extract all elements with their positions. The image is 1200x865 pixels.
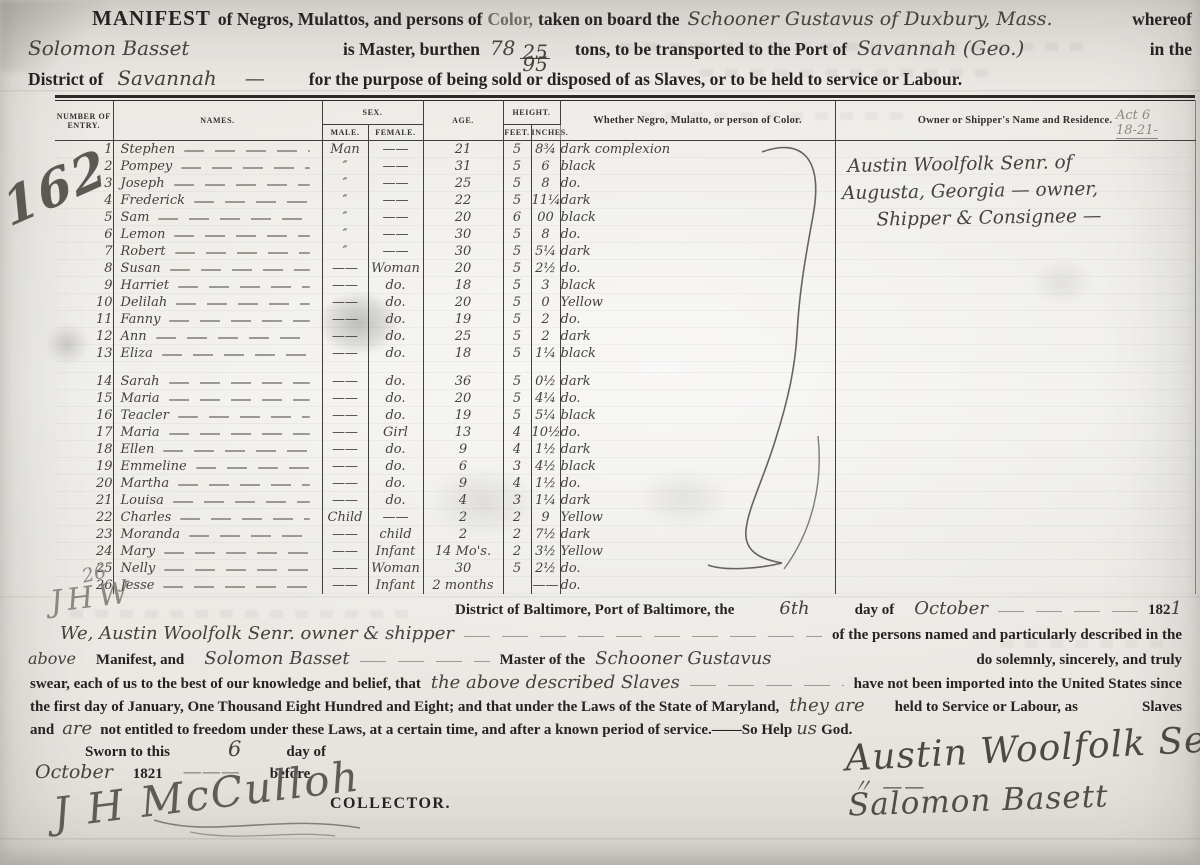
sex-male-cell: ″	[322, 175, 368, 192]
sex-female-cell: do.	[368, 328, 423, 345]
height-feet-cell: 4	[503, 424, 531, 441]
docket-pencil-note: Act 6 18-21-	[1116, 108, 1158, 139]
age-cell-value: 20	[455, 261, 472, 276]
height-inches-cell: 7½	[531, 526, 560, 543]
gap-cell	[55, 362, 113, 373]
table-row: 10Delilah——do.2050Yellow	[55, 294, 1195, 311]
oath-printed-text: swear, each of us to the best of our kno…	[30, 676, 421, 693]
name-wrap: Ann	[114, 329, 322, 344]
color-cell-value: dark	[561, 374, 591, 389]
color-cell-value: dark	[561, 527, 591, 542]
age-cell-value: 20	[455, 391, 472, 406]
sex-female-cell-value: do.	[385, 346, 405, 361]
height-inches-cell: 1½	[531, 475, 560, 492]
height-feet-cell-value: 5	[513, 278, 521, 293]
height-inches-cell-value: 8¾	[535, 142, 556, 157]
oath-printed-text: the first day of January, One Thousand E…	[30, 699, 779, 716]
sex-female-cell: ——	[368, 226, 423, 243]
name-cell: Maria	[113, 390, 322, 407]
sex-male-cell-value: ″	[343, 159, 348, 174]
owner-cell	[835, 475, 1195, 492]
height-inches-cell: 3½	[531, 543, 560, 560]
height-inches-cell: 2½	[531, 560, 560, 577]
height-inches-cell-value: 3½	[535, 544, 556, 559]
sex-male-cell: ——	[322, 328, 368, 345]
sex-male-cell: ——	[322, 458, 368, 475]
name-wrap: Maria	[114, 425, 322, 440]
handwritten-dash-line	[464, 636, 822, 637]
color-cell-value: dark complexion	[561, 142, 671, 157]
height-inches-cell: 5¼	[531, 243, 560, 260]
name-cell: Fanny	[113, 311, 322, 328]
age-cell: 19	[423, 311, 503, 328]
height-feet-cell-value: 5	[513, 561, 521, 576]
height-inches-cell-value: ——	[533, 578, 559, 593]
height-feet-cell: 5	[503, 294, 531, 311]
sex-female-cell: do.	[368, 311, 423, 328]
height-feet-cell: 2	[503, 543, 531, 560]
sex-male-cell: ″	[322, 226, 368, 243]
entry-number-value: 19	[96, 459, 113, 474]
person-name: Harriet	[114, 278, 170, 293]
table-row: 16Teacler——do.1955¼black	[55, 407, 1195, 424]
height-inches-cell-value: 1¼	[535, 346, 556, 361]
handwritten-dash-line	[156, 337, 310, 338]
manifest-word: MANIFEST	[92, 6, 211, 31]
height-feet-cell	[503, 577, 531, 594]
owner-shipper-note: Austin Woolfolk Senr. of Augusta, Georgi…	[847, 147, 1192, 234]
sex-male-cell: ″	[322, 192, 368, 209]
oath-vessel-handwritten: Schooner Gustavus	[595, 648, 771, 669]
sex-male-cell-value: ——	[332, 295, 358, 310]
sex-male-cell: ——	[322, 390, 368, 407]
signature-flourish	[150, 812, 370, 842]
entry-number-value: 22	[96, 510, 113, 525]
sex-female-cell-value: do.	[385, 329, 405, 344]
oath-slaves-handwritten: the above described Slaves	[431, 672, 680, 693]
height-inches-cell-value: 4¼	[535, 391, 556, 406]
sex-female-cell-value: do.	[385, 312, 405, 327]
person-name: Martha	[114, 476, 170, 491]
entry-number-value: 11	[96, 312, 113, 327]
sex-male-cell-value: ″	[343, 176, 348, 191]
height-feet-cell: 6	[503, 209, 531, 226]
height-feet-cell-value: 5	[513, 295, 521, 310]
oath-printed-text: of the persons named and particularly de…	[832, 627, 1182, 644]
oath-printed-text: Manifest, and	[96, 652, 184, 669]
oath-printed-text: District of Baltimore, Port of Baltimore…	[455, 602, 734, 619]
age-cell-value: 21	[455, 142, 472, 157]
height-inches-cell-value: 0	[541, 295, 549, 310]
handwritten-dash-line	[163, 450, 309, 451]
sex-female-cell: Infant	[368, 577, 423, 594]
sex-male-cell: ——	[322, 260, 368, 277]
gap-cell	[368, 362, 423, 373]
person-name: Nelly	[114, 561, 156, 576]
handwritten-dash-line	[169, 399, 310, 400]
age-cell: 2 months	[423, 577, 503, 594]
height-feet-cell-value: 5	[513, 244, 521, 259]
owner-cell	[835, 424, 1195, 441]
name-wrap: Joseph	[114, 176, 322, 191]
height-inches-cell: 1¼	[531, 345, 560, 362]
table-gap-row	[55, 362, 1195, 373]
sworn-line-1: Sworn to this 6 day of	[85, 737, 326, 761]
sex-female-cell-value: do.	[385, 476, 405, 491]
table-row: 14Sarah——do.3650½dark	[55, 373, 1195, 390]
color-cell-value: black	[561, 159, 596, 174]
owner-cell	[835, 277, 1195, 294]
entry-number-value: 15	[96, 391, 113, 406]
height-inches-cell: 4½	[531, 458, 560, 475]
height-feet-cell: 5	[503, 345, 531, 362]
person-name: Robert	[114, 244, 166, 259]
age-cell-value: 22	[455, 193, 472, 208]
height-inches-cell-value: 10½	[532, 425, 561, 440]
height-inches-cell-value: 2½	[535, 261, 556, 276]
height-inches-cell-value: 11¼	[532, 193, 561, 208]
name-wrap: Fanny	[114, 312, 322, 327]
name-wrap: Pompey	[114, 159, 322, 174]
age-cell: 2	[423, 509, 503, 526]
oath-us-handwritten: us	[796, 718, 817, 739]
docket-line: 18-21-	[1116, 123, 1158, 139]
sex-male-cell-value: ——	[332, 459, 358, 474]
person-name: Teacler	[114, 408, 169, 423]
height-inches-cell: 8	[531, 226, 560, 243]
name-cell: Sarah	[113, 373, 322, 390]
height-inches-cell-value: 2	[541, 312, 549, 327]
name-wrap: Lemon	[114, 227, 322, 242]
entry-number-value: 16	[96, 408, 113, 423]
name-cell: Emmeline	[113, 458, 322, 475]
color-cell-value: Yellow	[561, 295, 603, 310]
sex-female-cell: Infant	[368, 543, 423, 560]
entry-number-value: 23	[96, 527, 113, 542]
age-cell: 25	[423, 328, 503, 345]
handwritten-dash-line	[162, 354, 310, 355]
sex-male-cell-value: ——	[332, 261, 358, 276]
person-name: Moranda	[114, 527, 181, 542]
column-header-names: NAMES.	[113, 101, 322, 141]
color-cell-value: do.	[561, 476, 581, 491]
header-printed-text: tons, to be transported to the Port of	[575, 39, 847, 60]
person-name: Delilah	[114, 295, 168, 310]
handwritten-dash-line	[164, 552, 309, 553]
oath-printed-text: held to Service or Labour, as	[895, 699, 1078, 716]
header-printed-text: of Negros, Mulattos, and persons of	[218, 9, 483, 30]
sex-female-cell-value: child	[379, 527, 411, 542]
name-cell: Eliza	[113, 345, 322, 362]
sex-female-cell: ——	[368, 209, 423, 226]
gap-cell	[423, 362, 503, 373]
oath-printed-text: Master of the	[500, 652, 586, 669]
height-inches-cell: 1¼	[531, 492, 560, 509]
color-cell-value: dark	[561, 244, 591, 259]
age-cell-value: 25	[455, 329, 472, 344]
color-cell-value: do.	[561, 391, 581, 406]
height-inches-cell-value: 8	[541, 176, 549, 191]
person-name: Lemon	[114, 227, 166, 242]
entry-number: 13	[55, 345, 113, 362]
height-feet-cell-value: 6	[513, 210, 521, 225]
height-inches-cell: 1½	[531, 441, 560, 458]
height-inches-cell: 6	[531, 158, 560, 175]
district-handwritten: Savannah	[117, 66, 216, 90]
age-cell-value: 2	[459, 510, 467, 525]
color-cell-value: do.	[561, 261, 581, 276]
oath-year-printed: 182	[1148, 602, 1171, 619]
height-feet-cell: 5	[503, 560, 531, 577]
age-cell: 9	[423, 441, 503, 458]
owner-cell	[835, 441, 1195, 458]
sex-male-cell-value: ″	[343, 210, 348, 225]
name-cell: Robert	[113, 243, 322, 260]
entry-number-value: 18	[96, 442, 113, 457]
name-cell: Ellen	[113, 441, 322, 458]
height-feet-cell-value: 4	[513, 442, 521, 457]
name-cell: Martha	[113, 475, 322, 492]
age-cell-value: 30	[455, 561, 472, 576]
height-feet-cell: 5	[503, 373, 531, 390]
sex-male-cell-value: ——	[332, 346, 358, 361]
handwritten-dash-line	[196, 467, 310, 468]
table-row: 9Harriet——do.1853black	[55, 277, 1195, 294]
height-inches-cell: 10½	[531, 424, 560, 441]
entry-number-value: 9	[104, 278, 112, 293]
age-cell-value: 2	[459, 527, 467, 542]
age-cell-value: 6	[459, 459, 467, 474]
column-header-feet: FEET.	[503, 125, 531, 141]
fold-crease	[0, 90, 1200, 92]
entry-number: 6	[55, 226, 113, 243]
tonnage-handwritten: 78	[490, 36, 515, 60]
owner-cell	[835, 373, 1195, 390]
column-header-entry: NUMBER OF ENTRY.	[55, 101, 113, 141]
height-feet-cell-value: 4	[513, 425, 521, 440]
sex-male-cell: ——	[322, 526, 368, 543]
sex-female-cell: do.	[368, 458, 423, 475]
height-feet-cell: 3	[503, 458, 531, 475]
age-cell: 21	[423, 141, 503, 158]
person-name: Maria	[114, 425, 160, 440]
table-row: 17Maria——Girl13410½do.	[55, 424, 1195, 441]
name-wrap: Robert	[114, 244, 322, 259]
sex-female-cell-value: ——	[383, 510, 409, 525]
sex-female-cell: do.	[368, 441, 423, 458]
person-name: Stephen	[114, 142, 176, 157]
handwritten-dash-line	[158, 218, 309, 219]
sex-male-cell-value: ——	[332, 544, 358, 559]
collector-label: COLLECTOR.	[330, 795, 451, 813]
sex-female-cell: do.	[368, 277, 423, 294]
handwritten-dash-line	[998, 611, 1138, 612]
name-wrap: Sarah	[114, 374, 322, 389]
owner-cell	[835, 294, 1195, 311]
height-inches-cell-value: 6	[541, 159, 549, 174]
color-cell-value: black	[561, 278, 596, 293]
height-inches-cell-value: 5¼	[535, 408, 556, 423]
handwritten-dash-line	[169, 433, 310, 434]
color-cell-value: dark	[561, 442, 591, 457]
oath-line-laws: the first day of January, One Thousand E…	[30, 695, 1182, 716]
table-row: 20Martha——do.941½do.	[55, 475, 1195, 492]
height-inches-cell: 2½	[531, 260, 560, 277]
height-inches-cell: 2	[531, 328, 560, 345]
sex-female-cell: child	[368, 526, 423, 543]
height-feet-cell: 5	[503, 328, 531, 345]
sex-male-cell-value: ——	[332, 425, 358, 440]
height-inches-cell: 0	[531, 294, 560, 311]
sex-male-cell: ——	[322, 424, 368, 441]
height-feet-cell-value: 5	[513, 374, 521, 389]
entry-number: 17	[55, 424, 113, 441]
age-cell-value: 30	[455, 244, 472, 259]
age-cell: 30	[423, 560, 503, 577]
owner-cell	[835, 243, 1195, 260]
height-inches-cell: 3	[531, 277, 560, 294]
port-handwritten: Savannah (Geo.)	[857, 36, 1024, 60]
sex-female-cell-value: ——	[383, 176, 409, 191]
name-wrap: Martha	[114, 476, 322, 491]
name-wrap: Maria	[114, 391, 322, 406]
gap-cell	[531, 362, 560, 373]
sex-female-cell-value: Woman	[371, 261, 420, 276]
table-row: 23Moranda——child227½dark	[55, 526, 1195, 543]
oath-line-freedom: and are not entitled to freedom under th…	[30, 718, 830, 739]
owner-note-line: Shipper & Consignee —	[876, 201, 1192, 234]
handwritten-dash-line	[169, 320, 309, 321]
sex-female-cell: ——	[368, 141, 423, 158]
color-cell-value: do.	[561, 227, 581, 242]
height-feet-cell: 4	[503, 475, 531, 492]
age-cell: 4	[423, 492, 503, 509]
sex-male-cell-value: ″	[343, 227, 348, 242]
height-inches-cell: 0½	[531, 373, 560, 390]
sex-male-cell: ——	[322, 277, 368, 294]
name-wrap: Louisa	[114, 493, 322, 508]
sex-male-cell: ″	[322, 209, 368, 226]
age-cell: 9	[423, 475, 503, 492]
entry-number: 24	[55, 543, 113, 560]
oath-line-we: We, Austin Woolfolk Senr. owner & shippe…	[60, 623, 1182, 644]
oath-printed-text: have not been imported into the United S…	[854, 676, 1182, 693]
height-inches-cell-value: 9	[541, 510, 549, 525]
owner-cell	[835, 492, 1195, 509]
header-printed-text: taken on board the	[538, 9, 679, 30]
color-cell-value: do.	[561, 425, 581, 440]
color-cell-value: black	[561, 210, 596, 225]
sex-female-cell-value: Girl	[383, 425, 408, 440]
sex-female-cell: Woman	[368, 260, 423, 277]
sex-female-cell: ——	[368, 158, 423, 175]
color-cell-value: do.	[561, 578, 581, 593]
color-cell-value: black	[561, 459, 596, 474]
entry-number-value: 13	[96, 346, 113, 361]
oath-printed-text: day of	[855, 602, 895, 619]
person-name: Pompey	[114, 159, 173, 174]
handwritten-dash-line	[173, 501, 310, 502]
height-feet-cell: 2	[503, 526, 531, 543]
age-cell: 25	[423, 175, 503, 192]
sex-female-cell-value: ——	[383, 159, 409, 174]
owner-cell	[835, 543, 1195, 560]
name-cell: Teacler	[113, 407, 322, 424]
entry-number-value: 14	[96, 374, 113, 389]
age-cell-value: 20	[455, 210, 472, 225]
sex-female-cell-value: Infant	[376, 578, 416, 593]
oath-day-handwritten: 6th	[779, 598, 809, 619]
height-inches-cell: 4¼	[531, 390, 560, 407]
gap-cell	[322, 362, 368, 373]
table-row: 15Maria——do.2054¼do.	[55, 390, 1195, 407]
sex-male-cell: Child	[322, 509, 368, 526]
handwritten-dash-line	[174, 184, 310, 185]
name-cell: Charles	[113, 509, 322, 526]
height-inches-cell-value: 2½	[535, 561, 556, 576]
height-inches-cell-value: 5¼	[535, 244, 556, 259]
handwritten-dash-line	[178, 416, 310, 417]
height-inches-cell-value: 0½	[535, 374, 556, 389]
handwritten-dash: —	[245, 66, 265, 90]
owner-cell	[835, 509, 1195, 526]
entry-number-value: 5	[104, 210, 112, 225]
age-cell: 13	[423, 424, 503, 441]
height-inches-cell: 9	[531, 509, 560, 526]
vessel-name-handwritten: Schooner Gustavus of Duxbury, Mass.	[688, 8, 1053, 30]
manifest-document-scan: MANIFEST of Negros, Mulattos, and person…	[0, 0, 1200, 865]
sex-female-cell-value: Infant	[376, 544, 416, 559]
height-feet-cell: 3	[503, 492, 531, 509]
handwritten-dash-line	[176, 303, 309, 304]
person-name: Susan	[114, 261, 161, 276]
table-row: 21Louisa——do.431¼dark	[55, 492, 1195, 509]
sex-male-cell-value: ——	[332, 391, 358, 406]
sex-male-cell: ——	[322, 560, 368, 577]
oath-printed-text: and	[30, 722, 54, 739]
sex-male-cell-value: ——	[332, 476, 358, 491]
age-cell: 30	[423, 243, 503, 260]
handwritten-dash-line	[178, 286, 309, 287]
handwritten-dash-line	[189, 535, 309, 536]
height-feet-cell: 5	[503, 158, 531, 175]
table-row: 18Ellen——do.941½dark	[55, 441, 1195, 458]
age-cell: 20	[423, 260, 503, 277]
height-feet-cell-value: 5	[513, 346, 521, 361]
person-name: Eliza	[114, 346, 153, 361]
name-wrap: Mary	[114, 544, 322, 559]
sex-male-cell: ——	[322, 373, 368, 390]
color-cell-value: black	[561, 408, 596, 423]
sex-female-cell-value: ——	[383, 244, 409, 259]
oath-printed-text: God.	[821, 722, 852, 739]
height-inches-cell: 8¾	[531, 141, 560, 158]
table-row: 8Susan——Woman2052½do.	[55, 260, 1195, 277]
table-row: 22CharlesChild——229Yellow	[55, 509, 1195, 526]
oath-are-handwritten: are	[62, 718, 92, 739]
height-inches-cell-value: 7½	[535, 527, 556, 542]
entry-number-value: 8	[104, 261, 112, 276]
owner-cell	[835, 345, 1195, 362]
entry-number: 10	[55, 294, 113, 311]
color-cell-value: do.	[561, 561, 581, 576]
person-name: Mary	[114, 544, 156, 559]
age-cell: 19	[423, 407, 503, 424]
entry-number: 22	[55, 509, 113, 526]
height-feet-cell: 5	[503, 141, 531, 158]
entry-number: 11	[55, 311, 113, 328]
height-feet-cell: 5	[503, 311, 531, 328]
